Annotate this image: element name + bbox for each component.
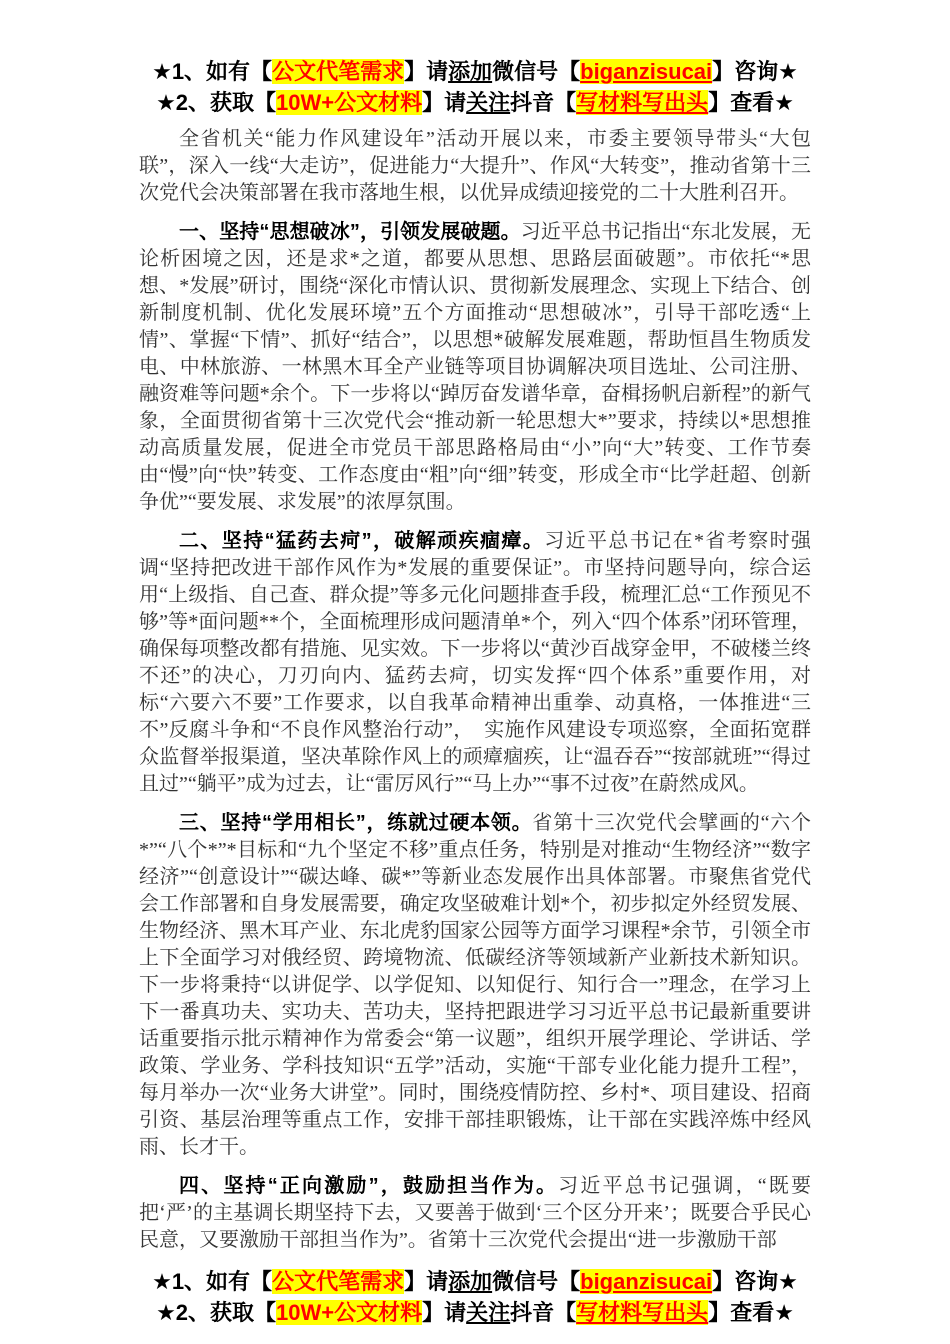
section-heading: 四、坚持“正向激励”，鼓励担当作为。 [179,1175,558,1197]
promo-highlight-materials: 10W+公文材料 [276,1300,422,1325]
promo-text: 】请 [422,90,466,115]
promo-underline-follow: 关注 [466,90,510,115]
paragraph-section-2: 二、坚持“猛药去疴”，破解顽疾痼瘴。习近平总书记在*省考察时强调“坚持把改进干部… [139,528,811,798]
promo-wechat-id: biganzisucai [580,1269,712,1294]
promo-footer: ★1、如有【公文代笔需求】请添加微信号【biganzisucai】咨询★ ★2、… [139,1266,811,1328]
promo-text: 】咨询★ [712,1269,798,1294]
promo-text: ★1、如有【 [152,59,272,84]
promo-footer-line-2: ★2、获取【10W+公文材料】请关注抖音【写材料写出头】查看★ [139,1297,811,1328]
promo-highlight-writing-service: 公文代笔需求 [272,59,404,84]
paragraph-text: 习近平总书记在*省考察时强调“坚持把改进干部作风作为*发展的重要保证”。市坚持问… [139,530,811,795]
promo-text: ★2、获取【 [156,90,276,115]
paragraph-intro: 全省机关“能力作风建设年”活动开展以来，市委主要领导带头“大包联”，深入一线“大… [139,126,811,207]
promo-header: ★1、如有【公文代笔需求】请添加微信号【biganzisucai】咨询★ ★2、… [139,56,811,118]
promo-text: 微信号【 [492,1269,580,1294]
promo-text: 】咨询★ [712,59,798,84]
promo-footer-line-1: ★1、如有【公文代笔需求】请添加微信号【biganzisucai】咨询★ [139,1266,811,1297]
promo-header-line-1: ★1、如有【公文代笔需求】请添加微信号【biganzisucai】咨询★ [139,56,811,87]
section-heading: 二、坚持“猛药去疴”，破解顽疾痼瘴。 [179,530,544,552]
promo-text: 微信号【 [492,59,580,84]
promo-text: ★2、获取【 [156,1300,276,1325]
promo-text: 】请 [422,1300,466,1325]
promo-underline-follow: 关注 [466,1300,510,1325]
paragraph-text: 省第十三次党代会擘画的“六个*”“八个*”*目标和“九个坚定不移”重点任务，特别… [139,812,811,1158]
promo-text: 抖音【 [510,1300,576,1325]
promo-text: 】查看★ [708,1300,794,1325]
document-page: ★1、如有【公文代笔需求】请添加微信号【biganzisucai】咨询★ ★2、… [0,0,950,1344]
paragraph-section-4: 四、坚持“正向激励”，鼓励担当作为。习近平总书记强调，“既要把‘严’的主基调长期… [139,1173,811,1254]
promo-highlight-writing-service: 公文代笔需求 [272,1269,404,1294]
promo-text: 】查看★ [708,90,794,115]
promo-underline-add: 添加 [448,59,492,84]
paragraph-text: 全省机关“能力作风建设年”活动开展以来，市委主要领导带头“大包联”，深入一线“大… [139,128,811,204]
promo-underline-add: 添加 [448,1269,492,1294]
promo-douyin-id: 写材料写出头 [576,90,708,115]
promo-text: ★1、如有【 [152,1269,272,1294]
section-heading: 三、坚持“学用相长”，练就过硬本领。 [179,812,532,834]
paragraph-text: 习近平总书记指出“东北发展，无论析困境之因，还是求*之道，都要从思想、思路层面破… [139,221,811,513]
document-body: 全省机关“能力作风建设年”活动开展以来，市委主要领导带头“大包联”，深入一线“大… [139,126,811,1254]
section-heading: 一、坚持“思想破冰”，引领发展破题。 [179,221,521,243]
promo-header-line-2: ★2、获取【10W+公文材料】请关注抖音【写材料写出头】查看★ [139,87,811,118]
paragraph-section-3: 三、坚持“学用相长”，练就过硬本领。省第十三次党代会擘画的“六个*”“八个*”*… [139,810,811,1161]
promo-text: 】请 [404,59,448,84]
promo-text: 抖音【 [510,90,576,115]
promo-wechat-id: biganzisucai [580,59,712,84]
paragraph-section-1: 一、坚持“思想破冰”，引领发展破题。习近平总书记指出“东北发展，无论析困境之因，… [139,219,811,516]
promo-highlight-materials: 10W+公文材料 [276,90,422,115]
promo-text: 】请 [404,1269,448,1294]
promo-douyin-id: 写材料写出头 [576,1300,708,1325]
